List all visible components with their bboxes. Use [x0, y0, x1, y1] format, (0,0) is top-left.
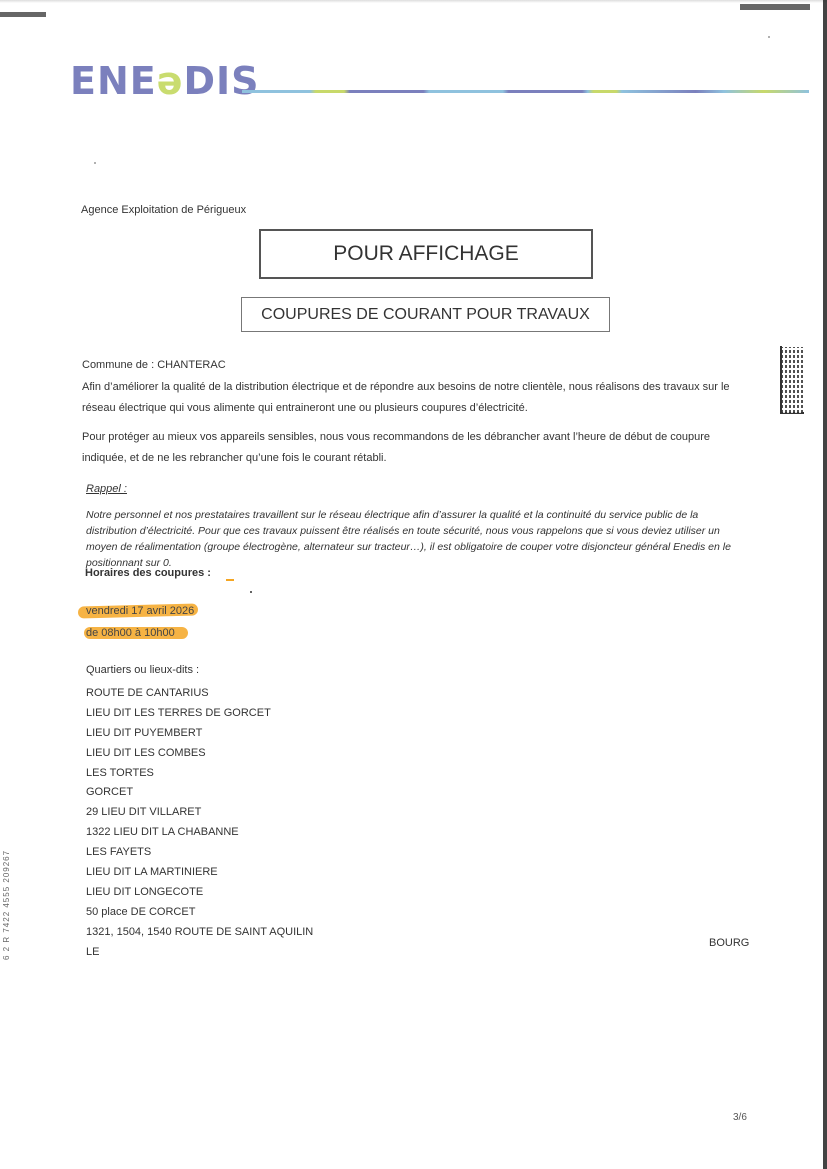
list-item: 1322 LIEU DIT LA CHABANNE	[86, 823, 313, 843]
outage-date: vendredi 17 avril 2026	[86, 605, 194, 617]
list-item: 1321, 1504, 1540 ROUTE DE SAINT AQUILIN	[86, 923, 313, 943]
list-item: LES FAYETS	[86, 843, 313, 863]
logo-green-letter: ə	[157, 59, 184, 103]
list-item: ROUTE DE CANTARIUS	[86, 684, 313, 704]
list-item: LES TORTES	[86, 764, 313, 784]
highlighter-mark	[226, 579, 234, 581]
logo-text-part: ENE	[70, 59, 157, 103]
rappel-body: Notre personnel et nos prestataires trav…	[86, 509, 731, 569]
scan-speck	[94, 162, 96, 164]
page-title: POUR AFFICHAGE	[259, 229, 593, 279]
logo-rule	[242, 90, 809, 93]
scan-speck	[250, 591, 252, 593]
list-item-trailing: BOURG	[709, 937, 749, 949]
list-item: GORCET	[86, 783, 313, 803]
list-item: 50 place DE CORCET	[86, 903, 313, 923]
page-number: 3/6	[733, 1112, 747, 1123]
schedule-title: Horaires des coupures :	[85, 567, 211, 579]
scan-edge-top	[0, 0, 827, 3]
places-list: ROUTE DE CANTARIUS LIEU DIT LES TERRES D…	[86, 684, 313, 962]
list-item: LIEU DIT LES COMBES	[86, 744, 313, 764]
scan-mark	[740, 4, 810, 10]
scan-speck	[768, 36, 770, 38]
side-reference-code: 6 2 R 7422 4555 209267	[2, 830, 14, 960]
outage-time: de 08h00 à 10h00	[86, 627, 175, 639]
agency-name: Agence Exploitation de Périgueux	[81, 204, 246, 216]
page-subtitle: COUPURES DE COURANT POUR TRAVAUX	[241, 297, 610, 332]
commune: Commune de : CHANTERAC	[82, 359, 226, 371]
enedis-logo: ENEəDIS	[70, 62, 260, 100]
advice-paragraph: Pour protéger au mieux vos appareils sen…	[82, 427, 752, 469]
list-item: LIEU DIT LONGECOTE	[86, 883, 313, 903]
scan-edge	[823, 0, 827, 1169]
list-item: LIEU DIT LES TERRES DE GORCET	[86, 704, 313, 724]
list-item: LIEU DIT PUYEMBERT	[86, 724, 313, 744]
places-title: Quartiers ou lieux-dits :	[86, 664, 199, 676]
list-item: LE	[86, 943, 313, 963]
list-item: 29 LIEU DIT VILLARET	[86, 803, 313, 823]
logo-text-part: D	[184, 59, 217, 103]
logo-text-part: IS	[216, 59, 260, 103]
intro-paragraph: Afin d’améliorer la qualité de la distri…	[82, 377, 752, 419]
scan-mark	[0, 12, 46, 17]
datamatrix-code	[781, 347, 803, 413]
rappel-text: Notre personnel et nos prestataires trav…	[86, 491, 746, 571]
list-item: LIEU DIT LA MARTINIERE	[86, 863, 313, 883]
